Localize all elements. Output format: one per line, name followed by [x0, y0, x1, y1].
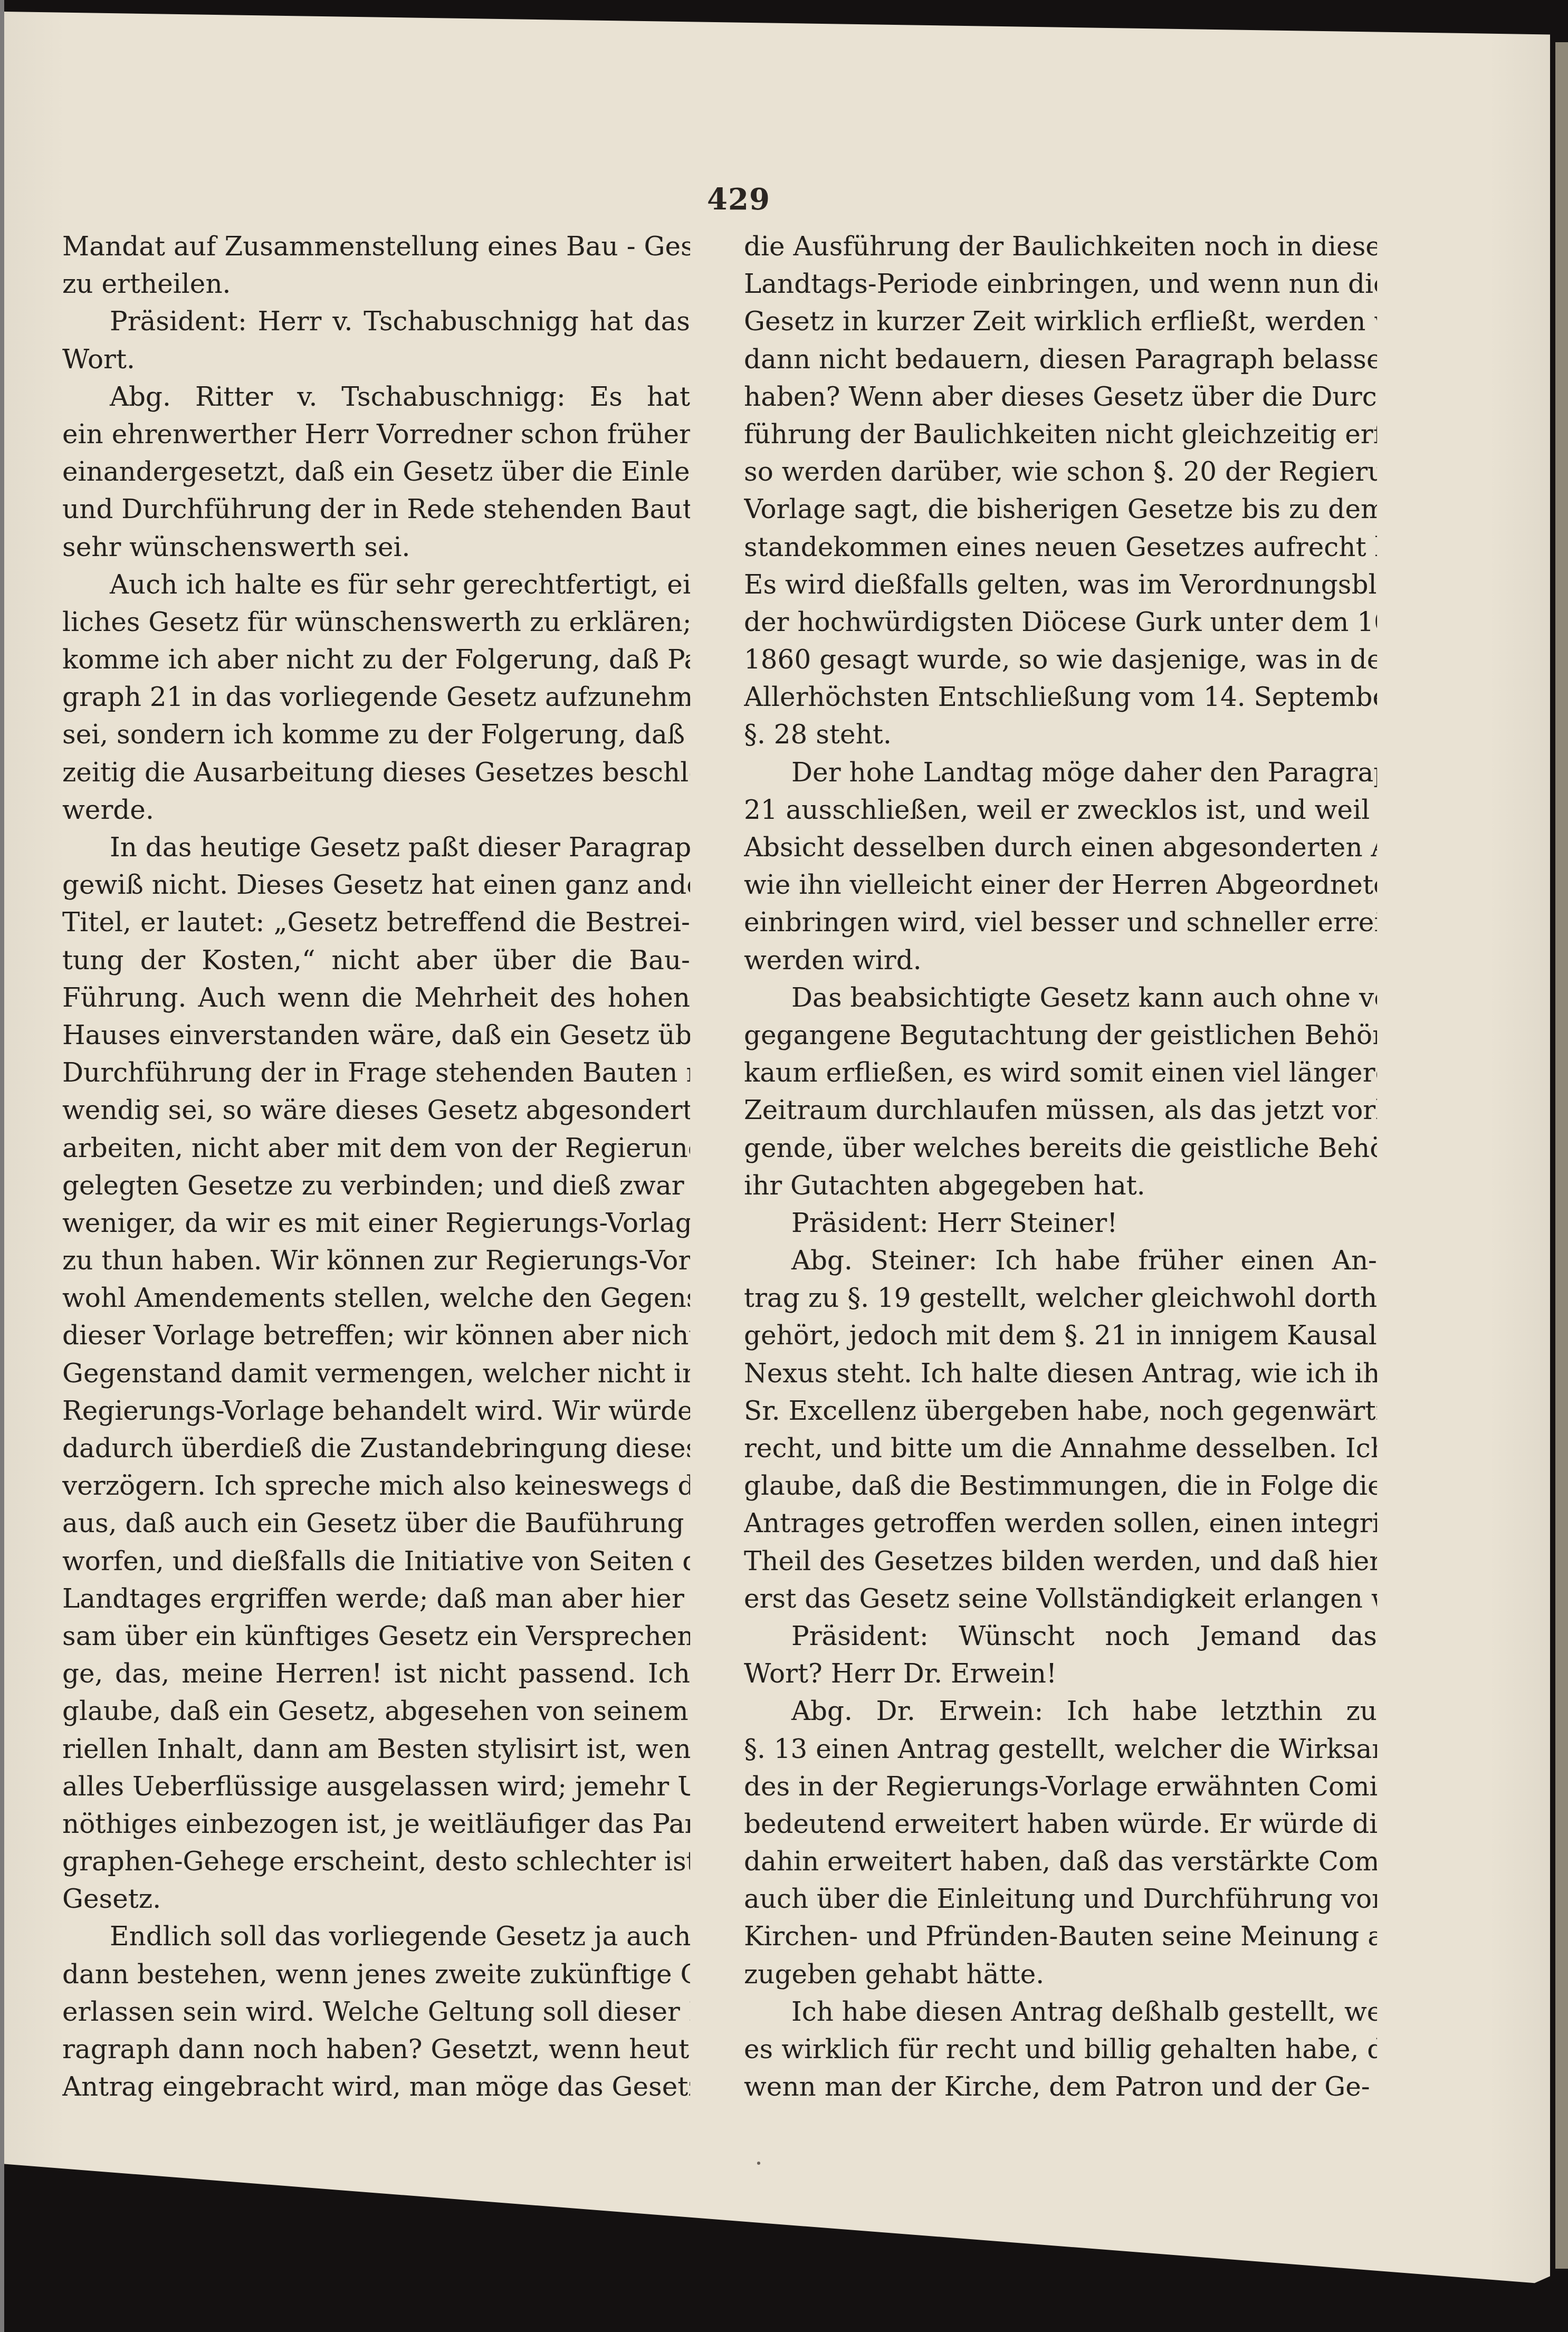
text-line: sam über ein künftiges Gesetz ein Verspr… — [62, 1618, 690, 1655]
page-edge-fold — [1555, 42, 1568, 2269]
text-line: einandergesetzt, daß ein Gesetz über die… — [62, 453, 690, 491]
text-line: verzögern. Ich spreche mich also keinesw… — [62, 1467, 690, 1505]
text-line: Regierungs-Vorlage behandelt wird. Wir w… — [62, 1392, 690, 1430]
text-line: trag zu §. 19 gestellt, welcher gleichwo… — [744, 1279, 1377, 1317]
text-line: standekommen eines neuen Gesetzes aufrec… — [744, 529, 1377, 566]
text-line: dieser Vorlage betreffen; wir können abe… — [62, 1317, 690, 1354]
text-line: so werden darüber, wie schon §. 20 der R… — [744, 453, 1377, 491]
text-line: Gesetz in kurzer Zeit wirklich erfließt,… — [744, 303, 1377, 340]
text-line: kaum erfließen, es wird somit einen viel… — [744, 1054, 1377, 1092]
text-line: erst das Gesetz seine Vollständigkeit er… — [744, 1580, 1377, 1618]
text-line: Das beabsichtigte Gesetz kann auch ohne … — [744, 979, 1377, 1017]
text-line: Nexus steht. Ich halte diesen Antrag, wi… — [744, 1355, 1377, 1392]
text-line: zu thun haben. Wir können zur Regierungs… — [62, 1242, 690, 1279]
text-line: werden wird. — [744, 942, 1377, 979]
speaker-line: Präsident: Herr v. Tschabuschnigg hat da… — [62, 303, 690, 340]
text-line: der hochwürdigsten Diöcese Gurk unter de… — [744, 604, 1377, 641]
print-speck — [757, 2162, 760, 2165]
text-line: Auch ich halte es für sehr gerechtfertig… — [62, 566, 690, 604]
text-line: ragraph dann noch haben? Gesetzt, wenn h… — [62, 2031, 690, 2068]
text-line: gelegten Gesetze zu verbinden; und dieß … — [62, 1167, 690, 1205]
text-line: wie ihn vielleicht einer der Herren Abge… — [744, 866, 1377, 904]
text-line: worfen, und dießfalls die Initiative von… — [62, 1543, 690, 1580]
text-line: wenn man der Kirche, dem Patron und der … — [744, 2068, 1377, 2106]
text-line: dann nicht bedauern, diesen Paragraph be… — [744, 341, 1377, 378]
scan-top-border — [0, 0, 1568, 16]
text-line: liches Gesetz für wünschenswerth zu erkl… — [62, 604, 690, 641]
text-line: dahin erweitert haben, daß das verstärkt… — [744, 1843, 1377, 1880]
text-line: ihr Gutachten abgegeben hat. — [744, 1167, 1377, 1205]
text-line: Führung. Auch wenn die Mehrheit des hohe… — [62, 979, 690, 1017]
text-line: gewiß nicht. Dieses Gesetz hat einen gan… — [62, 866, 690, 904]
text-line: recht, und bitte um die Annahme desselbe… — [744, 1430, 1377, 1467]
text-line: Titel, er lautet: „Gesetz betreffend die… — [62, 904, 690, 941]
text-line: §. 13 einen Antrag gestellt, welcher die… — [744, 1731, 1377, 1768]
speaker-line: Abg. Steiner: Ich habe früher einen An- — [744, 1242, 1377, 1279]
text-line: In das heutige Gesetz paßt dieser Paragr… — [62, 829, 690, 866]
text-line: und Durchführung der in Rede stehenden B… — [62, 491, 690, 528]
text-line: Gesetz. — [62, 1880, 690, 1918]
text-line: des in der Regierungs-Vorlage erwähnten … — [744, 1768, 1377, 1805]
text-line: aus, daß auch ein Gesetz über die Baufüh… — [62, 1505, 690, 1542]
text-line: es wirklich für recht und billig gehalte… — [744, 2031, 1377, 2068]
text-line: zu ertheilen. — [62, 265, 690, 303]
text-line: Hauses einverstanden wäre, daß ein Geset… — [62, 1017, 690, 1054]
text-line: die Ausführung der Baulichkeiten noch in… — [744, 228, 1377, 265]
text-line: Zeitraum durchlaufen müssen, als das jet… — [744, 1092, 1377, 1129]
text-line: werde. — [62, 791, 690, 829]
text-line: weniger, da wir es mit einer Regierungs-… — [62, 1205, 690, 1242]
speaker-line: Präsident: Wünscht noch Jemand das — [744, 1618, 1377, 1655]
text-line: haben? Wenn aber dieses Gesetz über die … — [744, 378, 1377, 416]
text-line: riellen Inhalt, dann am Besten stylisirt… — [62, 1731, 690, 1768]
text-line: Wort. — [62, 341, 690, 378]
text-line: zeitig die Ausarbeitung dieses Gesetzes … — [62, 754, 690, 791]
speaker-line: Abg. Dr. Erwein: Ich habe letzthin zu — [744, 1693, 1377, 1730]
text-line: führung der Baulichkeiten nicht gleichze… — [744, 416, 1377, 453]
text-line: glaube, daß ein Gesetz, abgesehen von se… — [62, 1693, 690, 1730]
text-line: glaube, daß die Bestimmungen, die in Fol… — [744, 1467, 1377, 1505]
text-line: Landtages ergriffen werde; daß man aber … — [62, 1580, 690, 1618]
text-line: einbringen wird, viel besser und schnell… — [744, 904, 1377, 941]
text-line: Ich habe diesen Antrag deßhalb gestellt,… — [744, 1993, 1377, 2031]
text-line: bedeutend erweitert haben würde. Er würd… — [744, 1805, 1377, 1843]
left-text-column: Mandat auf Zusammenstellung eines Bau - … — [62, 228, 690, 2106]
text-line: ge, das, meine Herren! ist nicht passend… — [62, 1655, 690, 1693]
text-line: 21 ausschließen, weil er zwecklos ist, u… — [744, 791, 1377, 829]
text-line: Allerhöchsten Entschließung vom 14. Sept… — [744, 678, 1377, 716]
text-line: Mandat auf Zusammenstellung eines Bau - … — [62, 228, 690, 265]
text-line: Antrages getroffen werden sollen, einen … — [744, 1505, 1377, 1542]
text-line: §. 28 steht. — [744, 716, 1377, 753]
text-line: komme ich aber nicht zu der Folgerung, d… — [62, 641, 690, 678]
text-line: erlassen sein wird. Welche Geltung soll … — [62, 1993, 690, 2031]
text-line: zugeben gehabt hätte. — [744, 1956, 1377, 1993]
speaker-line: Präsident: Herr Steiner! — [744, 1205, 1377, 1242]
scan-left-edge — [0, 0, 4, 2332]
text-line: dadurch überdieß die Zustandebringung di… — [62, 1430, 690, 1467]
text-line: nöthiges einbezogen ist, je weitläufiger… — [62, 1805, 690, 1843]
text-line: gehört, jedoch mit dem §. 21 in innigem … — [744, 1317, 1377, 1354]
text-line: Landtags-Periode einbringen, und wenn nu… — [744, 265, 1377, 303]
right-text-column: die Ausführung der Baulichkeiten noch in… — [744, 228, 1377, 2106]
text-line: Antrag eingebracht wird, man möge das Ge… — [62, 2068, 690, 2106]
text-line: Absicht desselben durch einen abgesonder… — [744, 829, 1377, 866]
text-line: gegangene Begutachtung der geistlichen B… — [744, 1017, 1377, 1054]
text-line: Es wird dießfalls gelten, was im Verordn… — [744, 566, 1377, 604]
text-line: tung der Kosten,“ nicht aber über die Ba… — [62, 942, 690, 979]
text-line: Durchführung der in Frage stehenden Baut… — [62, 1054, 690, 1092]
page-number: 429 — [707, 182, 760, 217]
text-line: Gegenstand damit vermengen, welcher nich… — [62, 1355, 690, 1392]
text-line: Wort? Herr Dr. Erwein! — [744, 1655, 1377, 1693]
text-line: arbeiten, nicht aber mit dem von der Reg… — [62, 1130, 690, 1167]
text-line: Kirchen- und Pfründen-Bauten seine Meinu… — [744, 1918, 1377, 1955]
text-line: graphen-Gehege erscheint, desto schlecht… — [62, 1843, 690, 1880]
text-line: sehr wünschenswerth sei. — [62, 529, 690, 566]
text-line: ein ehrenwerther Herr Vorredner schon fr… — [62, 416, 690, 453]
text-line: Theil des Gesetzes bilden werden, und da… — [744, 1543, 1377, 1580]
text-line: Endlich soll das vorliegende Gesetz ja a… — [62, 1918, 690, 1955]
text-line: sei, sondern ich komme zu der Folgerung,… — [62, 716, 690, 753]
text-line: Sr. Excellenz übergeben habe, noch gegen… — [744, 1392, 1377, 1430]
text-line: Der hohe Landtag möge daher den Paragrap… — [744, 754, 1377, 791]
text-line: graph 21 in das vorliegende Gesetz aufzu… — [62, 678, 690, 716]
text-line: wendig sei, so wäre dieses Gesetz abgeso… — [62, 1092, 690, 1129]
text-line: Vorlage sagt, die bisherigen Gesetze bis… — [744, 491, 1377, 528]
text-line: dann bestehen, wenn jenes zweite zukünft… — [62, 1956, 690, 1993]
text-line: alles Ueberflüssige ausgelassen wird; je… — [62, 1768, 690, 1805]
text-line: auch über die Einleitung und Durchführun… — [744, 1880, 1377, 1918]
text-line: 1860 gesagt wurde, so wie dasjenige, was… — [744, 641, 1377, 678]
speaker-line: Abg. Ritter v. Tschabuschnigg: Es hat — [62, 378, 690, 416]
text-line: wohl Amendements stellen, welche den Geg… — [62, 1279, 690, 1317]
text-line: gende, über welches bereits die geistlic… — [744, 1130, 1377, 1167]
